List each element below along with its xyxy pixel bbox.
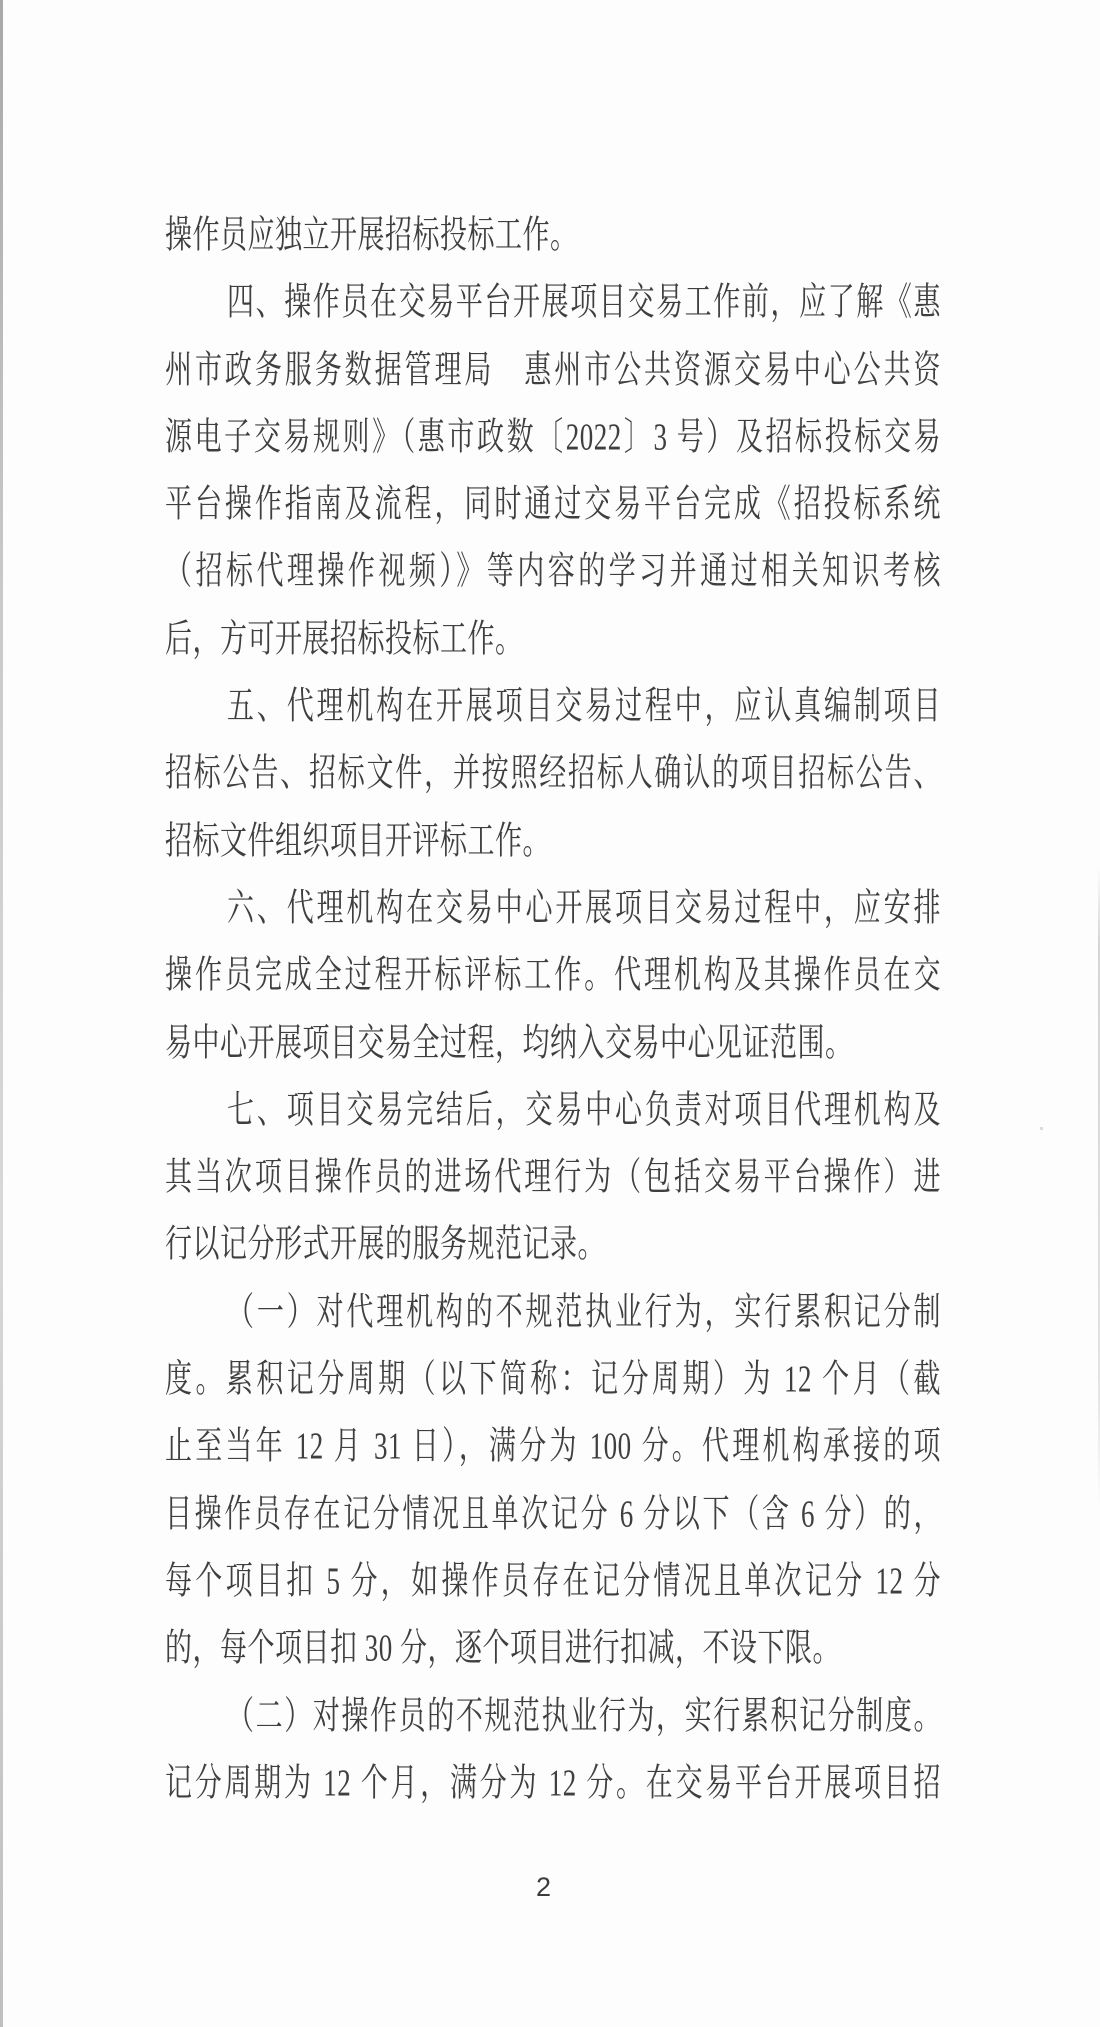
page-number: 2 [0, 1872, 1087, 1903]
scan-edge-artifact-left [0, 0, 3, 2027]
document-page: 操作员应独立开展招标投标工作。 四、操作员在交易平台开展项目交易工作前，应了解《… [0, 0, 1100, 2027]
document-body: 操作员应独立开展招标投标工作。 四、操作员在交易平台开展项目交易工作前，应了解《… [165, 202, 941, 1817]
scan-speck-artifact [1040, 1127, 1043, 1130]
text-line: 记分周期为 12 个月，满分为 12 分。在交易平台开展项目招 [165, 1736, 941, 1832]
